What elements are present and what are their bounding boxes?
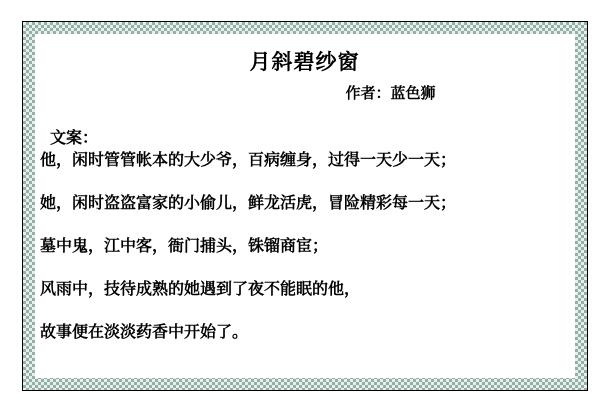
synopsis-line: 墓中鬼，江中客，衙门捕头，铢镏商宦； <box>40 236 569 258</box>
page-title: 月斜碧纱窗 <box>40 50 569 76</box>
decorative-checker-frame: 月斜碧纱窗 作者：蓝色狮 文案： 他，闲时管管帐本的大少爷，百病缠身，过得一天少… <box>22 21 588 391</box>
synopsis-line: 他，闲时管管帐本的大少爷，百病缠身，过得一天少一天； <box>40 150 569 172</box>
synopsis-block: 文案： 他，闲时管管帐本的大少爷，百病缠身，过得一天少一天； 她，闲时盗盗富家的… <box>40 128 569 344</box>
author-line: 作者：蓝色狮 <box>40 84 569 104</box>
synopsis-line: 风雨中，技待成熟的她遇到了夜不能眠的他， <box>40 279 569 301</box>
synopsis-line: 她，闲时盗盗富家的小偷儿，鲜龙活虎，冒险精彩每一天； <box>40 193 569 215</box>
synopsis-label: 文案： <box>40 128 569 150</box>
synopsis-line: 故事便在淡淡药香中开始了。 <box>40 322 569 344</box>
page-content: 月斜碧纱窗 作者：蓝色狮 文案： 他，闲时管管帐本的大少爷，百病缠身，过得一天少… <box>35 34 575 378</box>
